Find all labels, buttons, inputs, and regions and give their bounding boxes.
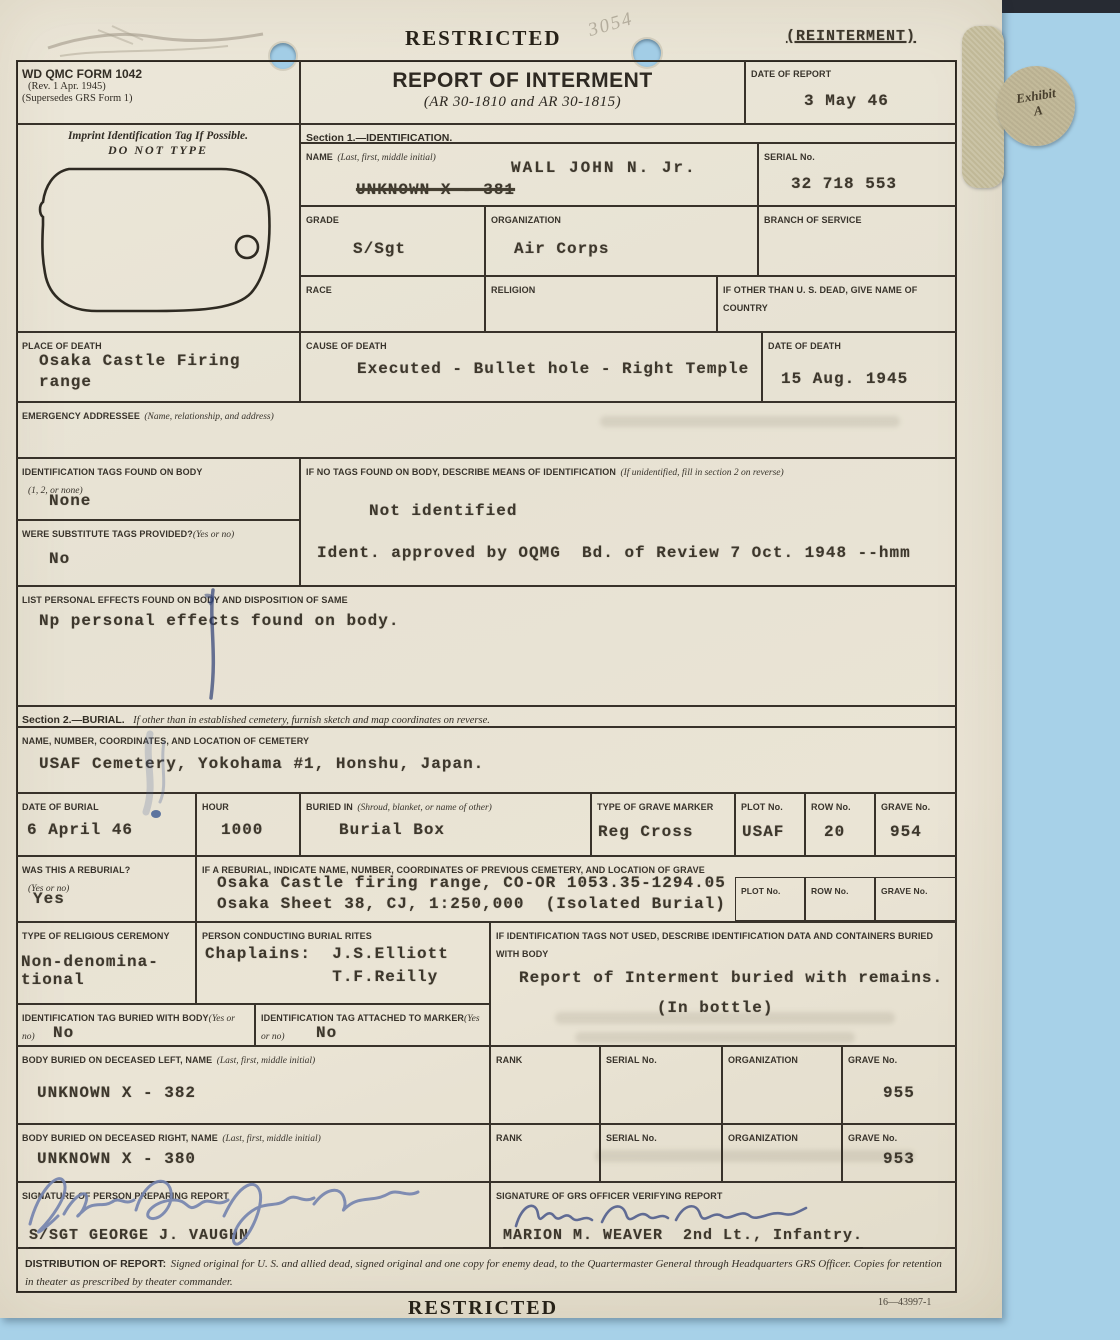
organization-label: ORGANIZATION <box>491 215 561 225</box>
serial-cell: SERIAL No. 32 718 553 <box>758 143 957 206</box>
branch-cell: BRANCH OF SERVICE <box>758 206 957 276</box>
body-right-rank-label: RANK <box>496 1133 522 1143</box>
religion-cell: RELIGION <box>485 276 717 332</box>
substitute-tags-label: WERE SUBSTITUTE TAGS PROVIDED? <box>22 529 193 539</box>
buried-in-cell: BURIED IN (Shroud, blanket, or name of o… <box>300 793 591 856</box>
plot-no-value: USAF <box>742 822 784 843</box>
body-right-serial-cell: SERIAL No. <box>600 1124 722 1182</box>
grade-label: GRADE <box>306 215 339 225</box>
body-left-name-label: BODY BURIED ON DECEASED LEFT, NAME <box>22 1055 212 1065</box>
body-left-serial-cell: SERIAL No. <box>600 1046 722 1124</box>
grave-marker-label: TYPE OF GRAVE MARKER <box>597 802 713 812</box>
organization-cell: ORGANIZATION Air Corps <box>485 206 758 276</box>
body-left-grave-value: 955 <box>883 1083 915 1104</box>
reburial-grave-no-label: GRAVE No. <box>881 886 928 896</box>
date-of-report-value: 3 May 46 <box>804 91 889 112</box>
burial-rites-value: Chaplains: J.S.Elliott T.F.Reilly <box>205 943 449 989</box>
body-right-grave-value: 953 <box>883 1149 915 1170</box>
body-right-serial-label: SERIAL No. <box>606 1133 657 1143</box>
name-crossed-out: UNKNOWN X - 381 <box>356 180 515 201</box>
cemetery-value: USAF Cemetery, Yokohama #1, Honshu, Japa… <box>39 754 484 775</box>
religious-ceremony-label: TYPE OF RELIGIOUS CEREMONY <box>22 931 170 941</box>
body-right-rank-cell: RANK <box>490 1124 600 1182</box>
tags-found-value: None <box>49 491 91 512</box>
grave-marker-value: Reg Cross <box>598 822 693 843</box>
religion-label: RELIGION <box>491 285 535 295</box>
burial-rites-label: PERSON CONDUCTING BURIAL RITES <box>202 931 372 941</box>
buried-in-value: Burial Box <box>339 820 445 841</box>
id-data-buried-cell: IF IDENTIFICATION TAGS NOT USED, DESCRIB… <box>490 922 957 1046</box>
was-reburial-value: Yes <box>33 889 65 910</box>
buried-in-label: BURIED IN <box>306 802 353 812</box>
tag-box-donottype: DO NOT TYPE <box>22 143 294 157</box>
row-no-value: 20 <box>824 822 845 843</box>
tag-box-instruction: Imprint Identification Tag If Possible. <box>22 130 294 143</box>
body-left-serial-label: SERIAL No. <box>606 1055 657 1065</box>
body-right-grave-cell: GRAVE No. 953 <box>842 1124 957 1182</box>
pencil-scribble <box>38 16 288 66</box>
form-revision: (Rev. 1 Apr. 1945) <box>28 81 294 93</box>
name-note: (Last, first, middle initial) <box>337 153 435 163</box>
religious-ceremony-value: Non-denomina- tional <box>21 953 159 989</box>
tag-attached-marker-value: No <box>316 1023 337 1044</box>
body-left-name-value: UNKNOWN X - 382 <box>37 1083 196 1104</box>
print-code: 16—43997-1 <box>878 1297 931 1308</box>
date-of-death-cell: DATE OF DEATH 15 Aug. 1945 <box>762 332 957 402</box>
body-left-grave-cell: GRAVE No. 955 <box>842 1046 957 1124</box>
grade-cell: GRADE S/Sgt <box>300 206 485 276</box>
section2-note: If other than in established cemetery, f… <box>133 715 490 726</box>
hour-label: HOUR <box>202 802 229 812</box>
country-label: IF OTHER THAN U. S. DEAD, GIVE NAME OF C… <box>723 285 917 313</box>
substitute-tags-value: No <box>49 549 70 570</box>
body-left-rank-label: RANK <box>496 1055 522 1065</box>
reinterment-stamp: (REINTERMENT) <box>786 26 916 47</box>
date-of-death-value: 15 Aug. 1945 <box>781 369 908 390</box>
id-data-buried-value: Report of Interment buried with remains.… <box>519 963 943 1023</box>
body-right-name-note: (Last, first, middle initial) <box>222 1134 320 1144</box>
was-reburial-cell: WAS THIS A REBURIAL? (Yes or no) Yes <box>16 856 196 922</box>
form-title: REPORT OF INTERMENT <box>306 69 739 93</box>
hour-value: 1000 <box>221 820 263 841</box>
tag-buried-with-body-value: No <box>53 1023 74 1044</box>
serial-label: SERIAL No. <box>764 152 815 162</box>
substitute-tags-note: (Yes or no) <box>193 530 234 540</box>
body-right-name-label: BODY BURIED ON DECEASED RIGHT, NAME <box>22 1133 218 1143</box>
name-cell: NAME (Last, first, middle initial) WALL … <box>300 143 758 206</box>
grave-no-cell: GRAVE No. 954 <box>875 793 957 856</box>
date-of-report-cell: DATE OF REPORT 3 May 46 <box>745 60 957 124</box>
preparer-signature-handwriting <box>22 1150 442 1250</box>
section2-header: Section 2.—BURIAL. If other than in esta… <box>16 706 957 727</box>
classification-bottom: RESTRICTED <box>408 1296 558 1320</box>
previous-cemetery-value: Osaka Castle firing range, CO-OR 1053.35… <box>217 873 726 915</box>
race-label: RACE <box>306 285 332 295</box>
grave-no-value: 954 <box>890 822 922 843</box>
country-cell: IF OTHER THAN U. S. DEAD, GIVE NAME OF C… <box>717 276 957 332</box>
row-no-cell: ROW No. 20 <box>805 793 875 856</box>
body-left-org-label: ORGANIZATION <box>728 1055 798 1065</box>
date-of-report-label: DATE OF REPORT <box>751 69 831 79</box>
body-left-grave-label: GRAVE No. <box>848 1055 897 1065</box>
classification-top: RESTRICTED <box>405 26 562 50</box>
race-cell: RACE <box>300 276 485 332</box>
previous-cemetery-cell: IF A REBURIAL, INDICATE NAME, NUMBER, CO… <box>196 856 957 922</box>
religious-ceremony-cell: TYPE OF RELIGIOUS CEREMONY Non-denomina-… <box>16 922 196 1004</box>
plot-no-cell: PLOT No. USAF <box>735 793 805 856</box>
tag-buried-with-body-cell: IDENTIFICATION TAG BURIED WITH BODY(Yes … <box>16 1004 255 1046</box>
serial-value: 32 718 553 <box>791 174 897 195</box>
section2-title: Section 2.—BURIAL. <box>22 714 125 726</box>
dog-tag-outline <box>35 159 281 321</box>
reburial-plot-no-cell: PLOT No. <box>735 877 805 921</box>
burial-rites-cell: PERSON CONDUCTING BURIAL RITES Chaplains… <box>196 922 490 1004</box>
body-right-org-cell: ORGANIZATION <box>722 1124 842 1182</box>
grave-no-label: GRAVE No. <box>881 802 930 812</box>
form-supersedes: (Supersedes GRS Form 1) <box>22 93 294 105</box>
reburial-row-no-label: ROW No. <box>811 886 849 896</box>
means-of-identification-value1: Not identified <box>369 501 517 522</box>
cause-of-death-value: Executed - Bullet hole - Right Temple <box>357 359 749 380</box>
means-of-identification-cell: IF NO TAGS FOUND ON BODY, DESCRIBE MEANS… <box>300 458 957 586</box>
ink-mark <box>185 586 245 706</box>
date-of-death-label: DATE OF DEATH <box>768 341 841 351</box>
date-of-burial-label: DATE OF BURIAL <box>22 802 99 812</box>
reburial-plot-no-label: PLOT No. <box>741 886 781 896</box>
emergency-addressee-cell: EMERGENCY ADDRESSEE (Name, relationship,… <box>16 402 957 458</box>
ink-smudge <box>130 728 190 818</box>
place-of-death-value: Osaka Castle Firing range <box>39 351 240 393</box>
hour-cell: HOUR 1000 <box>196 793 300 856</box>
tag-attached-marker-cell: IDENTIFICATION TAG ATTACHED TO MARKER(Ye… <box>255 1004 490 1046</box>
emergency-addressee-label: EMERGENCY ADDRESSEE <box>22 411 140 421</box>
id-tag-imprint-box: Imprint Identification Tag If Possible. … <box>16 124 300 332</box>
cause-of-death-cell: CAUSE OF DEATH Executed - Bullet hole - … <box>300 332 762 402</box>
form-title-block: REPORT OF INTERMENT (AR 30-1810 and AR 3… <box>300 60 745 124</box>
means-of-identification-note: (If unidentified, fill in section 2 on r… <box>620 468 783 478</box>
means-of-identification-value2: Ident. approved by OQMG Bd. of Review 7 … <box>317 543 911 564</box>
date-of-burial-value: 6 April 46 <box>27 820 133 841</box>
body-left-rank-cell: RANK <box>490 1046 600 1124</box>
cause-of-death-label: CAUSE OF DEATH <box>306 341 387 351</box>
body-right-org-label: ORGANIZATION <box>728 1133 798 1143</box>
body-left-org-cell: ORGANIZATION <box>722 1046 842 1124</box>
distribution-label: DISTRIBUTION OF REPORT: <box>25 1258 166 1270</box>
scanned-document-page: Exhibit A 3054 RESTRICTED (REINTERMENT) … <box>0 0 1120 1340</box>
plot-no-label: PLOT No. <box>741 802 783 812</box>
body-left-name-note: (Last, first, middle initial) <box>217 1056 315 1066</box>
verifier-signature-handwriting <box>508 1186 818 1246</box>
place-of-death-cell: PLACE OF DEATH Osaka Castle Firing range <box>16 332 300 402</box>
photo-background-strip <box>993 0 1120 13</box>
substitute-tags-cell: WERE SUBSTITUTE TAGS PROVIDED?(Yes or no… <box>16 520 300 586</box>
row-no-label: ROW No. <box>811 802 851 812</box>
name-label: NAME <box>306 152 333 162</box>
grave-marker-cell: TYPE OF GRAVE MARKER Reg Cross <box>591 793 735 856</box>
tags-found-label: IDENTIFICATION TAGS FOUND ON BODY <box>22 467 202 477</box>
means-of-identification-label: IF NO TAGS FOUND ON BODY, DESCRIBE MEANS… <box>306 467 616 477</box>
buried-in-note: (Shroud, blanket, or name of other) <box>357 803 491 813</box>
body-left-name-cell: BODY BURIED ON DECEASED LEFT, NAME (Last… <box>16 1046 490 1124</box>
branch-label: BRANCH OF SERVICE <box>764 215 862 225</box>
reburial-row-no-cell: ROW No. <box>805 877 875 921</box>
personal-effects-cell: LIST PERSONAL EFFECTS FOUND ON BODY AND … <box>16 586 957 706</box>
form-number-block: WD QMC FORM 1042 (Rev. 1 Apr. 1945) (Sup… <box>16 60 300 124</box>
form-subtitle: (AR 30-1810 and AR 30-1815) <box>306 93 739 111</box>
section1-header: Section 1.—IDENTIFICATION. <box>300 124 957 143</box>
tag-buried-with-body-label: IDENTIFICATION TAG BURIED WITH BODY <box>22 1013 209 1023</box>
grade-value: S/Sgt <box>353 239 406 260</box>
place-of-death-label: PLACE OF DEATH <box>22 341 102 351</box>
distribution-cell: DISTRIBUTION OF REPORT: Signed original … <box>16 1248 957 1293</box>
was-reburial-label: WAS THIS A REBURIAL? <box>22 865 130 875</box>
tag-attached-marker-label: IDENTIFICATION TAG ATTACHED TO MARKER <box>261 1013 464 1023</box>
tags-found-cell: IDENTIFICATION TAGS FOUND ON BODY (1, 2,… <box>16 458 300 520</box>
reburial-grave-no-cell: GRAVE No. <box>875 877 957 921</box>
name-value: WALL JOHN N. Jr. <box>511 158 697 179</box>
organization-value: Air Corps <box>514 239 609 260</box>
id-data-buried-label: IF IDENTIFICATION TAGS NOT USED, DESCRIB… <box>496 931 933 959</box>
form-number: WD QMC FORM 1042 <box>22 67 294 81</box>
body-right-grave-label: GRAVE No. <box>848 1133 897 1143</box>
emergency-addressee-note: (Name, relationship, and address) <box>144 412 273 422</box>
